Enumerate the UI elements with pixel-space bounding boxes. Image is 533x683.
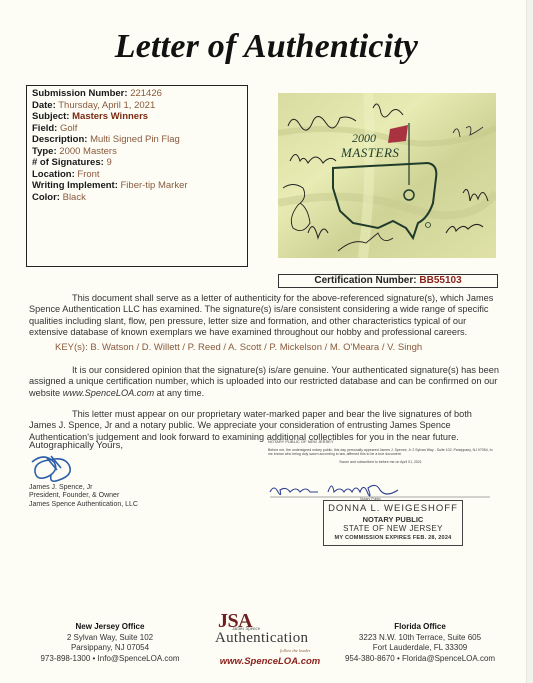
info-label: # of Signatures: <box>32 157 104 168</box>
svg-text:2000: 2000 <box>352 131 376 145</box>
jsa-logo: JSA James Spence Authentication follow t… <box>210 610 330 670</box>
info-label: Date: <box>32 100 56 111</box>
certification-label: Certification Number: <box>314 275 416 286</box>
info-value: 2000 Masters <box>59 146 117 157</box>
certification-number: BB55103 <box>419 275 461 286</box>
notary-statement: Before me, the undersigned notary public… <box>268 448 493 457</box>
nj-office-block: New Jersey Office 2 Sylvan Way, Suite 10… <box>20 622 200 664</box>
requirements-paragraph: This letter must appear on our proprieta… <box>29 409 499 443</box>
stamp-expiration: MY COMMISSION EXPIRES FEB. 28, 2024 <box>324 534 462 542</box>
logo-website-link[interactable]: www.SpenceLOA.com <box>210 656 330 667</box>
info-value: Masters Winners <box>72 111 148 122</box>
logo-authentication: Authentication <box>215 630 308 647</box>
info-label: Field: <box>32 123 57 134</box>
nj-office-address2: Parsippany, NJ 07054 <box>20 643 200 654</box>
info-row: Color: Black <box>32 192 242 204</box>
notary-header: NOTARY PUBLIC OF NEW JERSEY <box>268 440 493 445</box>
fl-office-contact: 954-380-8670 • Florida@SpenceLOA.com <box>320 654 520 665</box>
info-value: Thursday, April 1, 2021 <box>58 100 155 111</box>
fl-office-address1: 3223 N.W. 10th Terrace, Suite 605 <box>320 633 520 644</box>
info-row: Submission Number: 221426 <box>32 88 242 100</box>
info-label: Submission Number: <box>32 88 128 99</box>
info-label: Description: <box>32 134 87 145</box>
page-edge <box>526 0 533 683</box>
signed-flag-image: 2000 MASTERS <box>278 93 496 258</box>
notary-statement-block: NOTARY PUBLIC OF NEW JERSEY Before me, t… <box>268 440 493 464</box>
info-row: Subject: Masters Winners <box>32 111 242 123</box>
info-row: Writing Implement: Fiber-tip Marker <box>32 180 242 192</box>
notary-sworn: Sworn and subscribed to before me on Apr… <box>268 460 493 465</box>
signer-block: James J. Spence, Jr President, Founder, … <box>29 484 138 509</box>
info-value: Fiber-tip Marker <box>121 180 188 191</box>
authenticity-paragraph: This document shall serve as a letter of… <box>29 293 499 338</box>
opinion-paragraph: It is our considered opinion that the si… <box>29 365 499 399</box>
submission-info-box: Submission Number: 221426Date: Thursday,… <box>26 85 248 267</box>
nj-office-contact: 973-898-1300 • Info@SpenceLOA.com <box>20 654 200 665</box>
pin-flag-photo: 2000 MASTERS <box>278 93 496 258</box>
notary-stamp: DONNA L. WEIGESHOFF NOTARY PUBLIC STATE … <box>323 500 463 546</box>
requirements-text: This letter must appear on our proprieta… <box>29 409 472 442</box>
info-row: # of Signatures: 9 <box>32 157 242 169</box>
document-title: Letter of Authenticity <box>0 28 533 66</box>
info-value: Golf <box>60 123 77 134</box>
signature-keys: KEY(s): B. Watson / D. Willett / P. Reed… <box>55 342 422 353</box>
info-label: Writing Implement: <box>32 180 118 191</box>
stamp-state: STATE OF NEW JERSEY <box>324 524 462 534</box>
info-row: Field: Golf <box>32 123 242 135</box>
info-row: Location: Front <box>32 169 242 181</box>
authenticity-text: This document shall serve as a letter of… <box>29 293 493 337</box>
fl-office-title: Florida Office <box>320 622 520 633</box>
info-row: Type: 2000 Masters <box>32 146 242 158</box>
info-label: Subject: <box>32 111 69 122</box>
info-value: 221426 <box>130 88 162 99</box>
info-value: Front <box>77 169 99 180</box>
nj-office-address1: 2 Sylvan Way, Suite 102 <box>20 633 200 644</box>
info-row: Date: Thursday, April 1, 2021 <box>32 100 242 112</box>
info-value: Multi Signed Pin Flag <box>90 134 180 145</box>
svg-text:MASTERS: MASTERS <box>340 145 399 160</box>
info-row: Description: Multi Signed Pin Flag <box>32 134 242 146</box>
certification-number-box: Certification Number: BB55103 <box>278 274 498 288</box>
info-label: Color: <box>32 192 60 203</box>
stamp-name: DONNA L. WEIGESHOFF <box>324 503 462 515</box>
signer-company: James Spence Authentication, LLC <box>29 501 138 509</box>
info-label: Location: <box>32 169 75 180</box>
info-value: 9 <box>106 157 111 168</box>
info-label: Type: <box>32 146 57 157</box>
opinion-text-end: at any time. <box>154 388 204 398</box>
website-link[interactable]: www.SpenceLOA.com <box>63 388 154 398</box>
signer-name: James J. Spence, Jr <box>29 484 138 492</box>
info-value: Black <box>63 192 86 203</box>
nj-office-title: New Jersey Office <box>20 622 200 633</box>
fl-office-block: Florida Office 3223 N.W. 10th Terrace, S… <box>320 622 520 664</box>
stamp-title: NOTARY PUBLIC <box>324 515 462 524</box>
signer-title: President, Founder, & Owner <box>29 492 138 500</box>
logo-tagline: follow the leader <box>280 648 311 653</box>
fl-office-address2: Fort Lauderdale, FL 33309 <box>320 643 520 654</box>
